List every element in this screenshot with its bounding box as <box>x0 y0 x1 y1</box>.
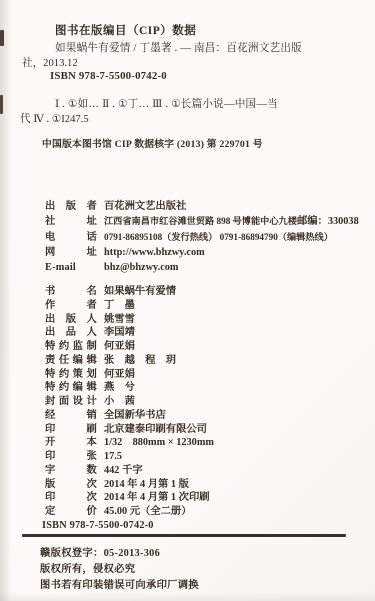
info-label: 印 次 <box>45 492 97 505</box>
cip-heading: 图书在版编目（CIP）数据 <box>55 22 196 38</box>
info-value: http://www.bhzwy.com <box>104 247 205 260</box>
info-label: 开 本 <box>45 437 97 450</box>
divider-rule <box>22 534 346 537</box>
info-label: 网 址 <box>45 247 97 260</box>
info-value: 2014 年 4 月第 1 次印刷 <box>104 492 210 505</box>
info-row: 开 本 1/32 880mm × 1230mm <box>45 437 347 451</box>
info-row: 出 品 人 李国靖 <box>45 327 347 341</box>
info-value: 丁 墨 <box>104 300 135 313</box>
info-row: 特约监制 何亚娟 <box>45 341 347 355</box>
isbn-line: ISBN 978-7-5500-0742-0 <box>42 520 154 531</box>
cip-entry-line2: 社，2013.12 <box>22 55 78 70</box>
info-value: 江西省南昌市红谷滩世贸路 898 号博能中心九楼 <box>104 216 297 228</box>
info-row: 版 次 2014 年 4 月第 1 版 <box>45 479 347 493</box>
scan-edge-shadow <box>0 0 12 601</box>
info-value: 2014 年 4 月第 1 版 <box>104 479 189 492</box>
info-label: 特约监制 <box>45 341 97 354</box>
info-label: 作 者 <box>45 300 97 313</box>
info-row: 网 址 http://www.bhzwy.com <box>45 247 347 262</box>
info-value: 全国新华书店 <box>104 410 166 423</box>
info-row: 字 数 442 千字 <box>45 465 347 479</box>
info-value: 何亚娟 <box>104 369 135 382</box>
postal-code: 邮编：330038 <box>297 216 359 229</box>
info-value: 1/32 880mm × 1230mm <box>104 437 214 450</box>
info-label: 定 价 <box>45 506 97 519</box>
info-row: 封面设计 小 茜 <box>45 396 347 410</box>
rights-notice: 版权所有，侵权必究 <box>40 560 135 575</box>
info-row: 出 版 人 姚雪雪 <box>45 314 347 328</box>
scan-artifact <box>0 30 4 46</box>
info-label: 特约编辑 <box>45 382 97 395</box>
exchange-notice: 图书若有印装错误可向承印厂调换 <box>40 576 199 591</box>
cip-entry-line1: 如果蜗牛有爱情 / 丁墨著 . — 南昌：百花洲文艺出版 <box>55 40 302 55</box>
copyright-registration: 赣版权登字：05-2013-306 <box>40 544 160 559</box>
info-row: 出 版 者 百花洲文艺出版社 <box>45 201 347 216</box>
cip-record-number: 中国版本图书馆 CIP 数据核字 (2013) 第 229701 号 <box>42 136 263 150</box>
cip-classification-line1: Ⅰ . ①如… Ⅱ . ①丁… Ⅲ . ①长篇小说—中国—当 <box>55 96 278 111</box>
book-info-block: 书 名 如果蜗牛有爱情 作 者 丁 墨 出 版 人 姚雪雪 出 品 人 李国靖 <box>45 286 347 520</box>
info-label: 字 数 <box>45 465 97 478</box>
info-row: 印 次 2014 年 4 月第 1 次印刷 <box>45 492 347 506</box>
info-row: E-mail bhz@bhzwy.com <box>45 262 347 277</box>
info-value: 0791-86895108（发行热线） 0791-86894790（编辑热线） <box>104 232 333 244</box>
copyright-page: 图书在版编目（CIP）数据 如果蜗牛有爱情 / 丁墨著 . — 南昌：百花洲文艺… <box>0 0 375 601</box>
info-value: 李国靖 <box>104 327 135 340</box>
info-row: 特约编辑 燕 兮 <box>45 382 347 396</box>
info-label: 出 版 人 <box>45 314 97 327</box>
info-value: 姚雪雪 <box>104 314 135 327</box>
info-label: 社 址 <box>45 216 97 229</box>
info-label: 责任编辑 <box>45 355 97 368</box>
info-row: 印 刷 北京建泰印刷有限公司 <box>45 424 347 438</box>
info-value: 百花洲文艺出版社 <box>104 201 186 214</box>
info-value: 张 越 程 玥 <box>104 355 176 368</box>
info-value: 如果蜗牛有爱情 <box>104 286 176 299</box>
info-label: E-mail <box>45 262 97 275</box>
info-label: 印 刷 <box>45 424 97 437</box>
scan-artifact <box>0 95 3 114</box>
info-label: 电 话 <box>45 232 97 245</box>
info-row: 特约策划 何亚娟 <box>45 369 347 383</box>
info-row: 责任编辑 张 越 程 玥 <box>45 355 347 369</box>
info-value: 小 茜 <box>104 396 135 409</box>
info-row: 电 话 0791-86895108（发行热线） 0791-86894790（编辑… <box>45 232 347 247</box>
info-value: 45.00 元（全二册） <box>104 506 192 519</box>
info-value: 燕 兮 <box>104 382 135 395</box>
info-row: 印 张 17.5 <box>45 451 347 465</box>
info-label: 出 版 者 <box>45 201 97 214</box>
cip-isbn: ISBN 978-7-5500-0742-0 <box>50 70 167 82</box>
info-row: 书 名 如果蜗牛有爱情 <box>45 286 347 300</box>
info-value: 442 千字 <box>104 465 143 478</box>
info-row: 作 者 丁 墨 <box>45 300 347 314</box>
info-label: 书 名 <box>45 286 97 299</box>
info-label: 出 品 人 <box>45 327 97 340</box>
info-row: 社 址 江西省南昌市红谷滩世贸路 898 号博能中心九楼 邮编：330038 <box>45 216 347 231</box>
info-row: 定 价 45.00 元（全二册） <box>45 506 347 520</box>
cip-classification-line2: 代 Ⅳ . ①I247.5 <box>20 111 89 126</box>
info-row: 经 销 全国新华书店 <box>45 410 347 424</box>
info-value: 北京建泰印刷有限公司 <box>104 424 207 437</box>
info-label: 版 次 <box>45 479 97 492</box>
info-value: 何亚娟 <box>104 341 135 354</box>
publisher-info-block: 出 版 者 百花洲文艺出版社 社 址 江西省南昌市红谷滩世贸路 898 号博能中… <box>45 201 347 277</box>
info-label: 经 销 <box>45 410 97 423</box>
scan-bottom-shadow <box>0 592 375 601</box>
info-label: 印 张 <box>45 451 97 464</box>
info-label: 封面设计 <box>45 396 97 409</box>
info-value: bhz@bhzwy.com <box>104 262 179 275</box>
info-label: 特约策划 <box>45 369 97 382</box>
info-value: 17.5 <box>104 451 122 464</box>
